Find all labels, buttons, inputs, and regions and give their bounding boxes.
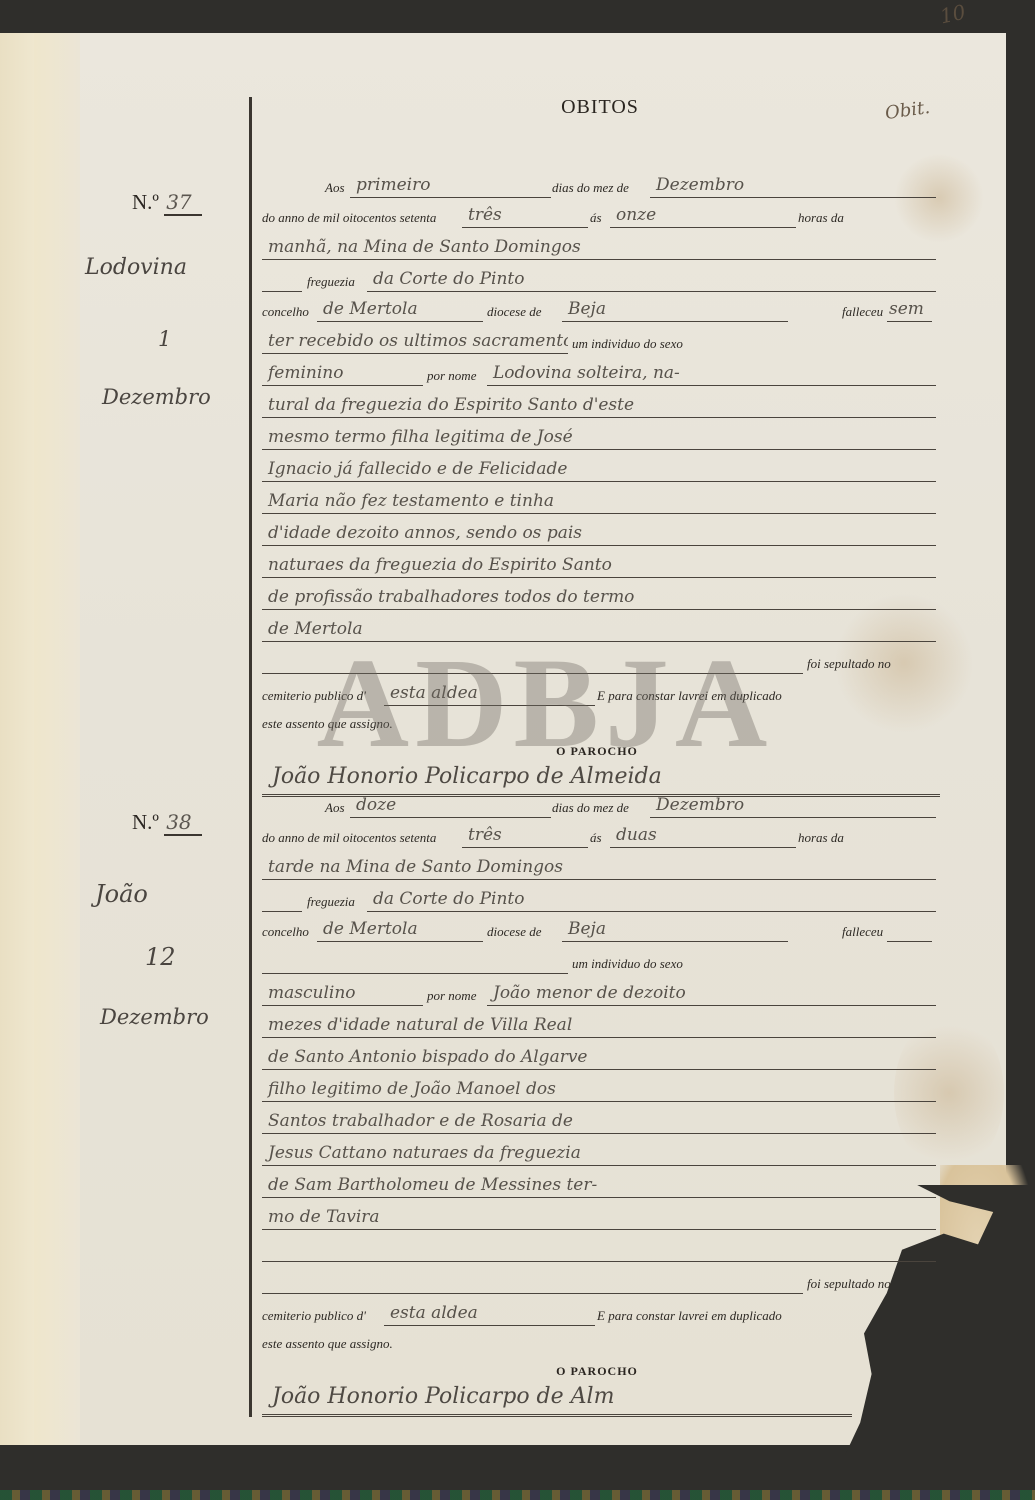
narrative-text: naturaes da freguezia do Espirito Santo — [262, 551, 936, 578]
narrative-text: de Santo Antonio bispado do Algarve — [262, 1043, 936, 1070]
page-title: OBITOS — [250, 96, 950, 119]
field-concelho: de Mertola — [317, 915, 483, 942]
narrative-text: Maria não fez testamento e tinha — [262, 487, 936, 514]
narrative-text: Santos trabalhador e de Rosaria de — [262, 1107, 936, 1134]
row-sexo: um individuo do sexo — [262, 946, 932, 976]
row-cemiterio: cemiterio publico d' esta aldea E para c… — [262, 678, 932, 708]
label-sexo: um individuo do sexo — [572, 956, 683, 972]
row-place: tarde na Mina de Santo Domingos — [262, 852, 932, 882]
field-sexo: masculino — [262, 979, 423, 1006]
narrative-text: filho legitimo de João Manoel dos — [262, 1075, 936, 1102]
entry-number-1: N.º 37 — [132, 190, 202, 215]
label-anno: do anno de mil oitocentos setenta — [262, 210, 436, 226]
field-sexo: feminino — [262, 359, 423, 386]
field-nome: Lodovina solteira, na- — [487, 359, 936, 386]
field-sacraments: ter recebido os ultimos sacramentos — [262, 327, 568, 354]
row-date: Aos doze dias do mez de Dezembro — [262, 790, 932, 820]
narrative-line: tural da freguezia do Espirito Santo d'e… — [262, 390, 932, 420]
narrative-line: filho legitimo de João Manoel dos — [262, 1074, 932, 1104]
parocho-heading: O PAROCHO — [262, 1364, 932, 1379]
narrative-line: de profissão trabalhadores todos do term… — [262, 582, 932, 612]
row-freguezia: freguezia da Corte do Pinto — [262, 264, 932, 294]
field-nome: João menor de dezoito — [487, 979, 936, 1006]
row-place: manhã, na Mina de Santo Domingos — [262, 232, 932, 262]
label-dias: dias do mez de — [552, 800, 629, 816]
row-assento: este assento que assigno. — [262, 1326, 932, 1356]
row-concelho: concelho de Mertola diocese de Beja fall… — [262, 294, 932, 324]
narrative-line: mesmo termo filha legitima de José — [262, 422, 932, 452]
row-year: do anno de mil oitocentos setenta três á… — [262, 820, 932, 850]
scanner-calibration-strip — [0, 1490, 1035, 1500]
row-freguezia: freguezia da Corte do Pinto — [262, 884, 932, 914]
margin-name: Lodovina — [85, 255, 187, 280]
label-diocese: diocese de — [487, 924, 542, 940]
row-year: do anno de mil oitocentos setenta três á… — [262, 200, 932, 230]
parocho-heading: O PAROCHO — [262, 744, 932, 759]
label-falleceu: falleceu — [842, 924, 883, 940]
field-diocese: Beja — [562, 915, 788, 942]
label-nome: por nome — [427, 988, 476, 1004]
narrative-line: Ignacio já fallecido e de Felicidade — [262, 454, 932, 484]
narrative-line: de Sam Bartholomeu de Messines ter- — [262, 1170, 932, 1200]
label-aos: Aos — [325, 800, 345, 816]
row-assento: este assento que assigno. — [262, 706, 932, 736]
narrative-text — [262, 1235, 936, 1262]
label-freguezia: freguezia — [307, 274, 355, 290]
priest-signature: João Honorio Policarpo de Alm — [262, 1382, 852, 1417]
column-divider-line — [249, 97, 252, 1417]
field-place: tarde na Mina de Santo Domingos — [262, 853, 936, 880]
narrative-line: Jesus Cattano naturaes da freguezia — [262, 1138, 932, 1168]
label-sexo: um individuo do sexo — [572, 336, 683, 352]
narrative-line: Santos trabalhador e de Rosaria de — [262, 1106, 932, 1136]
narrative-text: de profissão trabalhadores todos do term… — [262, 583, 936, 610]
label-concelho: concelho — [262, 924, 309, 940]
label-sepultado: foi sepultado no — [807, 656, 891, 672]
narrative-line — [262, 1234, 932, 1264]
row-nome: masculino por nome João menor de dezoito — [262, 978, 932, 1008]
blank-line — [262, 265, 302, 292]
narrative-text: de Mertola — [262, 615, 936, 642]
field-cemiterio: esta aldea — [384, 679, 595, 706]
field-freguezia: da Corte do Pinto — [367, 885, 936, 912]
narrative-text — [262, 647, 803, 674]
narrative-text: d'idade dezoito annos, sendo os pais — [262, 519, 936, 546]
field-hour: onze — [610, 201, 796, 228]
entry-number-value: 38 — [164, 810, 201, 836]
row-sepultado: foi sepultado no — [262, 646, 932, 676]
field-freguezia: da Corte do Pinto — [367, 265, 936, 292]
narrative-text: tural da freguezia do Espirito Santo d'e… — [262, 391, 936, 418]
label-constar: E para constar lavrei em duplicado — [597, 688, 782, 704]
narrative-text: mezes d'idade natural de Villa Real — [262, 1011, 936, 1038]
number-label: N.º — [132, 810, 159, 834]
label-cemiterio: cemiterio publico d' — [262, 1308, 366, 1324]
narrative-line: de Mertola — [262, 614, 932, 644]
row-cemiterio: cemiterio publico d' esta aldea E para c… — [262, 1298, 932, 1328]
blank-line — [262, 885, 302, 912]
entry-margin-2: N.º 38 João 12 Dezembro — [60, 805, 245, 1045]
field-sacraments — [262, 947, 568, 974]
label-concelho: concelho — [262, 304, 309, 320]
narrative-line: mo de Tavira — [262, 1202, 932, 1232]
field-cemiterio: esta aldea — [384, 1299, 595, 1326]
label-horas: horas da — [798, 210, 844, 226]
field-month: Dezembro — [650, 171, 936, 198]
narrative-line: mezes d'idade natural de Villa Real — [262, 1010, 932, 1040]
row-concelho: concelho de Mertola diocese de Beja fall… — [262, 914, 932, 944]
field-day: doze — [350, 791, 551, 818]
label-freguezia: freguezia — [307, 894, 355, 910]
label-dias: dias do mez de — [552, 180, 629, 196]
field-year: três — [462, 201, 588, 228]
narrative-line: de Santo Antonio bispado do Algarve — [262, 1042, 932, 1072]
narrative-text: Jesus Cattano naturaes da freguezia — [262, 1139, 936, 1166]
row-sepultado: foi sepultado no — [262, 1266, 932, 1296]
label-constar: E para constar lavrei em duplicado — [597, 1308, 782, 1324]
margin-day: 12 — [145, 943, 176, 971]
previous-page-edge — [0, 33, 35, 1445]
label-nome: por nome — [427, 368, 476, 384]
number-label: N.º — [132, 190, 159, 214]
narrative-text: Ignacio já fallecido e de Felicidade — [262, 455, 936, 482]
entry-number-2: N.º 38 — [132, 810, 202, 835]
folio-number: 10 — [938, 0, 968, 28]
label-assento: este assento que assigno. — [262, 716, 393, 732]
entry-margin-1: N.º 37 Lodovina 1 Dezembro — [60, 185, 245, 415]
narrative-text: de Sam Bartholomeu de Messines ter- — [262, 1171, 936, 1198]
label-as: ás — [590, 830, 602, 846]
row-nome: feminino por nome Lodovina solteira, na- — [262, 358, 932, 388]
label-assento: este assento que assigno. — [262, 1336, 393, 1352]
label-diocese: diocese de — [487, 304, 542, 320]
label-anno: do anno de mil oitocentos setenta — [262, 830, 436, 846]
field-place: manhã, na Mina de Santo Domingos — [262, 233, 936, 260]
margin-month: Dezembro — [100, 1005, 209, 1029]
margin-name: João — [95, 880, 148, 908]
field-falleceu: sem — [887, 295, 932, 322]
field-hour: duas — [610, 821, 796, 848]
narrative-line: Maria não fez testamento e tinha — [262, 486, 932, 516]
entry-number-value: 37 — [164, 190, 201, 216]
label-sepultado: foi sepultado no — [807, 1276, 891, 1292]
label-horas: horas da — [798, 830, 844, 846]
label-aos: Aos — [325, 180, 345, 196]
blank-line — [262, 1267, 803, 1294]
field-falleceu — [887, 915, 932, 942]
field-year: três — [462, 821, 588, 848]
label-falleceu: falleceu — [842, 304, 883, 320]
field-concelho: de Mertola — [317, 295, 483, 322]
narrative-text: mesmo termo filha legitima de José — [262, 423, 936, 450]
narrative-text: mo de Tavira — [262, 1203, 936, 1230]
field-day: primeiro — [350, 171, 551, 198]
margin-month: Dezembro — [102, 385, 211, 409]
label-cemiterio: cemiterio publico d' — [262, 688, 366, 704]
narrative-line: d'idade dezoito annos, sendo os pais — [262, 518, 932, 548]
row-sexo: ter recebido os ultimos sacramentos um i… — [262, 326, 932, 356]
label-as: ás — [590, 210, 602, 226]
margin-day: 1 — [158, 327, 171, 351]
field-month: Dezembro — [650, 791, 936, 818]
row-date: Aos primeiro dias do mez de Dezembro — [262, 170, 932, 200]
narrative-line: naturaes da freguezia do Espirito Santo — [262, 550, 932, 580]
field-diocese: Beja — [562, 295, 788, 322]
